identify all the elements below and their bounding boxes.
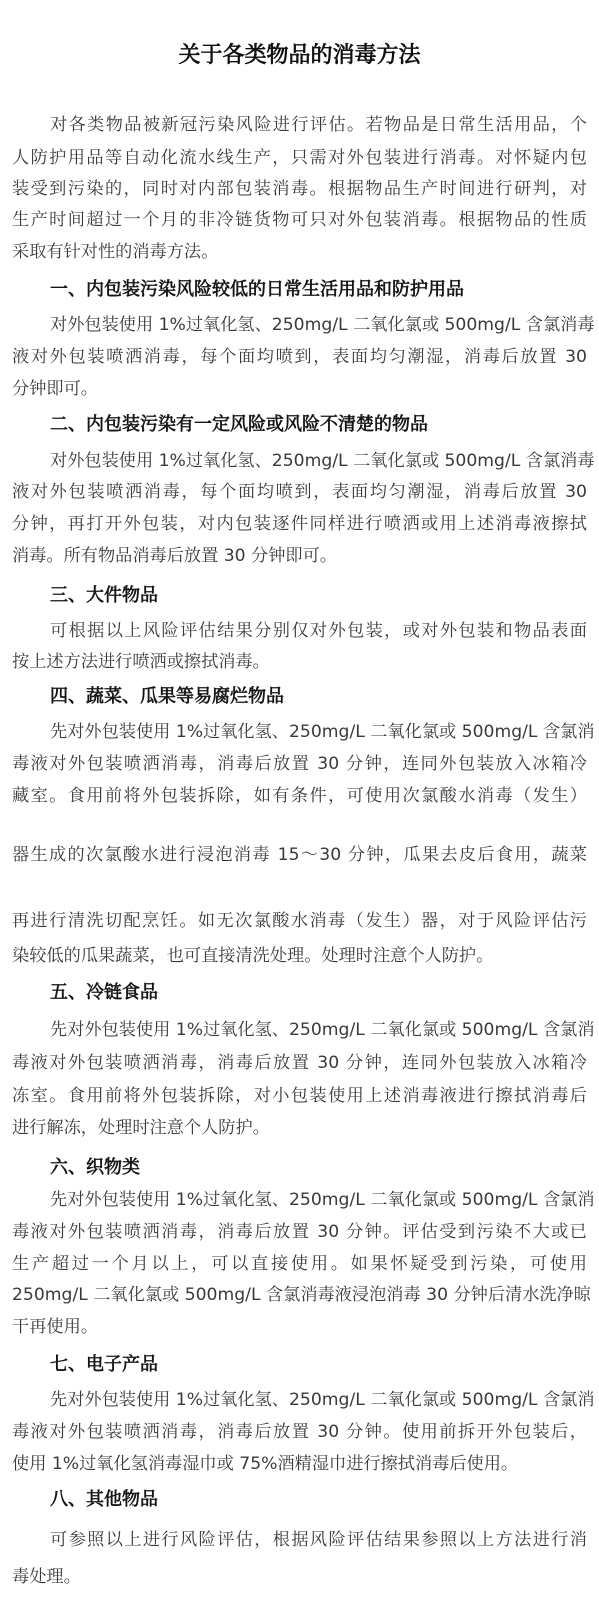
text-line: 干再使用。: [12, 1314, 587, 1340]
text-line: 按上述方法进行喷洒或擦拭消毒。: [12, 649, 587, 675]
section-heading: 七、电子产品: [50, 1351, 158, 1379]
text-line: 对各类物品被新冠污染风险进行评估。若物品是日常生活用品，个: [50, 112, 587, 138]
document-page: 关于各类物品的消毒方法 对各类物品被新冠污染风险进行评估。若物品是日常生活用品，…: [0, 0, 599, 1608]
text-line: 染较低的瓜果蔬菜，也可直接清洗处理。处理时注意个人防护。: [12, 943, 587, 969]
text-line: 毒液对外包装喷洒消毒，消毒后放置 30 分钟。使用前拆开外包装后，: [12, 1419, 587, 1445]
text-line: 毒处理。: [12, 1564, 587, 1590]
section-heading: 三、大件物品: [50, 582, 158, 610]
text-line: 分钟，再打开外包装，对内包装逐件同样进行喷洒或用上述消毒液擦拭: [12, 511, 587, 537]
text-line: 再进行清洗切配烹饪。如无次氯酸水消毒（发生）器，对于风险评估污: [12, 908, 587, 934]
section-heading: 五、冷链食品: [50, 979, 158, 1007]
text-line: 对外包装使用 1%过氧化氢、250mg/L 二氧化氯或 500mg/L 含氯消毒: [50, 312, 587, 338]
text-line: 进行解冻，处理时注意个人防护。: [12, 1115, 587, 1141]
section-heading: 六、织物类: [50, 1154, 140, 1182]
section-heading: 二、内包装污染有一定风险或风险不清楚的物品: [50, 411, 428, 439]
text-line: 使用 1%过氧化氢消毒湿巾或 75%酒精湿巾进行擦拭消毒后使用。: [12, 1451, 587, 1477]
section-heading: 四、蔬菜、瓜果等易腐烂物品: [50, 683, 284, 711]
text-line: 可参照以上进行风险评估，根据风险评估结果参照以上方法进行消: [50, 1527, 587, 1553]
text-line: 人防护用品等自动化流水线生产，只需对外包装进行消毒。对怀疑内包: [12, 145, 587, 171]
text-line: 毒液对外包装喷洒消毒，消毒后放置 30 分钟，连同外包装放入冰箱冷: [12, 1050, 587, 1076]
text-line: 生产时间超过一个月的非冷链货物可只对外包装消毒。根据物品的性质: [12, 207, 587, 233]
text-line: 250mg/L 二氧化氯或 500mg/L 含氯消毒液浸泡消毒 30 分钟后清水…: [12, 1282, 587, 1308]
text-line: 分钟即可。: [12, 376, 587, 402]
text-line: 毒液对外包装喷洒消毒，消毒后放置 30 分钟。评估受到污染不大或已: [12, 1219, 587, 1245]
text-line: 液对外包装喷洒消毒，每个面均喷到，表面均匀潮湿，消毒后放置 30: [12, 344, 587, 370]
text-line: 消毒。所有物品消毒后放置 30 分钟即可。: [12, 543, 587, 569]
text-line: 采取有针对性的消毒方法。: [12, 239, 587, 265]
section-heading: 一、内包装污染风险较低的日常生活用品和防护用品: [50, 276, 464, 304]
text-line: 生产超过一个月以上，可以直接使用。如果怀疑受到污染，可使用: [12, 1251, 587, 1277]
text-line: 毒液对外包装喷洒消毒，消毒后放置 30 分钟，连同外包装放入冰箱冷: [12, 751, 587, 777]
text-line: 装受到污染的，同时对内部包装消毒。根据物品生产时间进行研判，对: [12, 176, 587, 202]
section-heading: 八、其他物品: [50, 1486, 158, 1514]
text-line: 藏室。食用前将外包装拆除，如有条件，可使用次氯酸水消毒（发生）: [12, 783, 587, 809]
text-line: 冻室。食用前将外包装拆除，对小包装使用上述消毒液进行擦拭消毒后: [12, 1083, 587, 1109]
text-line: 先对外包装使用 1%过氧化氢、250mg/L 二氧化氯或 500mg/L 含氯消: [50, 1017, 587, 1043]
document-title: 关于各类物品的消毒方法: [0, 38, 599, 72]
text-line: 先对外包装使用 1%过氧化氢、250mg/L 二氧化氯或 500mg/L 含氯消: [50, 719, 587, 745]
text-line: 器生成的次氯酸水进行浸泡消毒 15～30 分钟，瓜果去皮后食用，蔬菜: [12, 842, 587, 868]
text-line: 先对外包装使用 1%过氧化氢、250mg/L 二氧化氯或 500mg/L 含氯消: [50, 1187, 587, 1213]
text-line: 可根据以上风险评估结果分别仅对外包装，或对外包装和物品表面: [50, 618, 587, 644]
text-line: 对外包装使用 1%过氧化氢、250mg/L 二氧化氯或 500mg/L 含氯消毒: [50, 448, 587, 474]
text-line: 液对外包装喷洒消毒，每个面均喷到，表面均匀潮湿，消毒后放置 30: [12, 479, 587, 505]
text-line: 先对外包装使用 1%过氧化氢、250mg/L 二氧化氯或 500mg/L 含氯消: [50, 1387, 587, 1413]
